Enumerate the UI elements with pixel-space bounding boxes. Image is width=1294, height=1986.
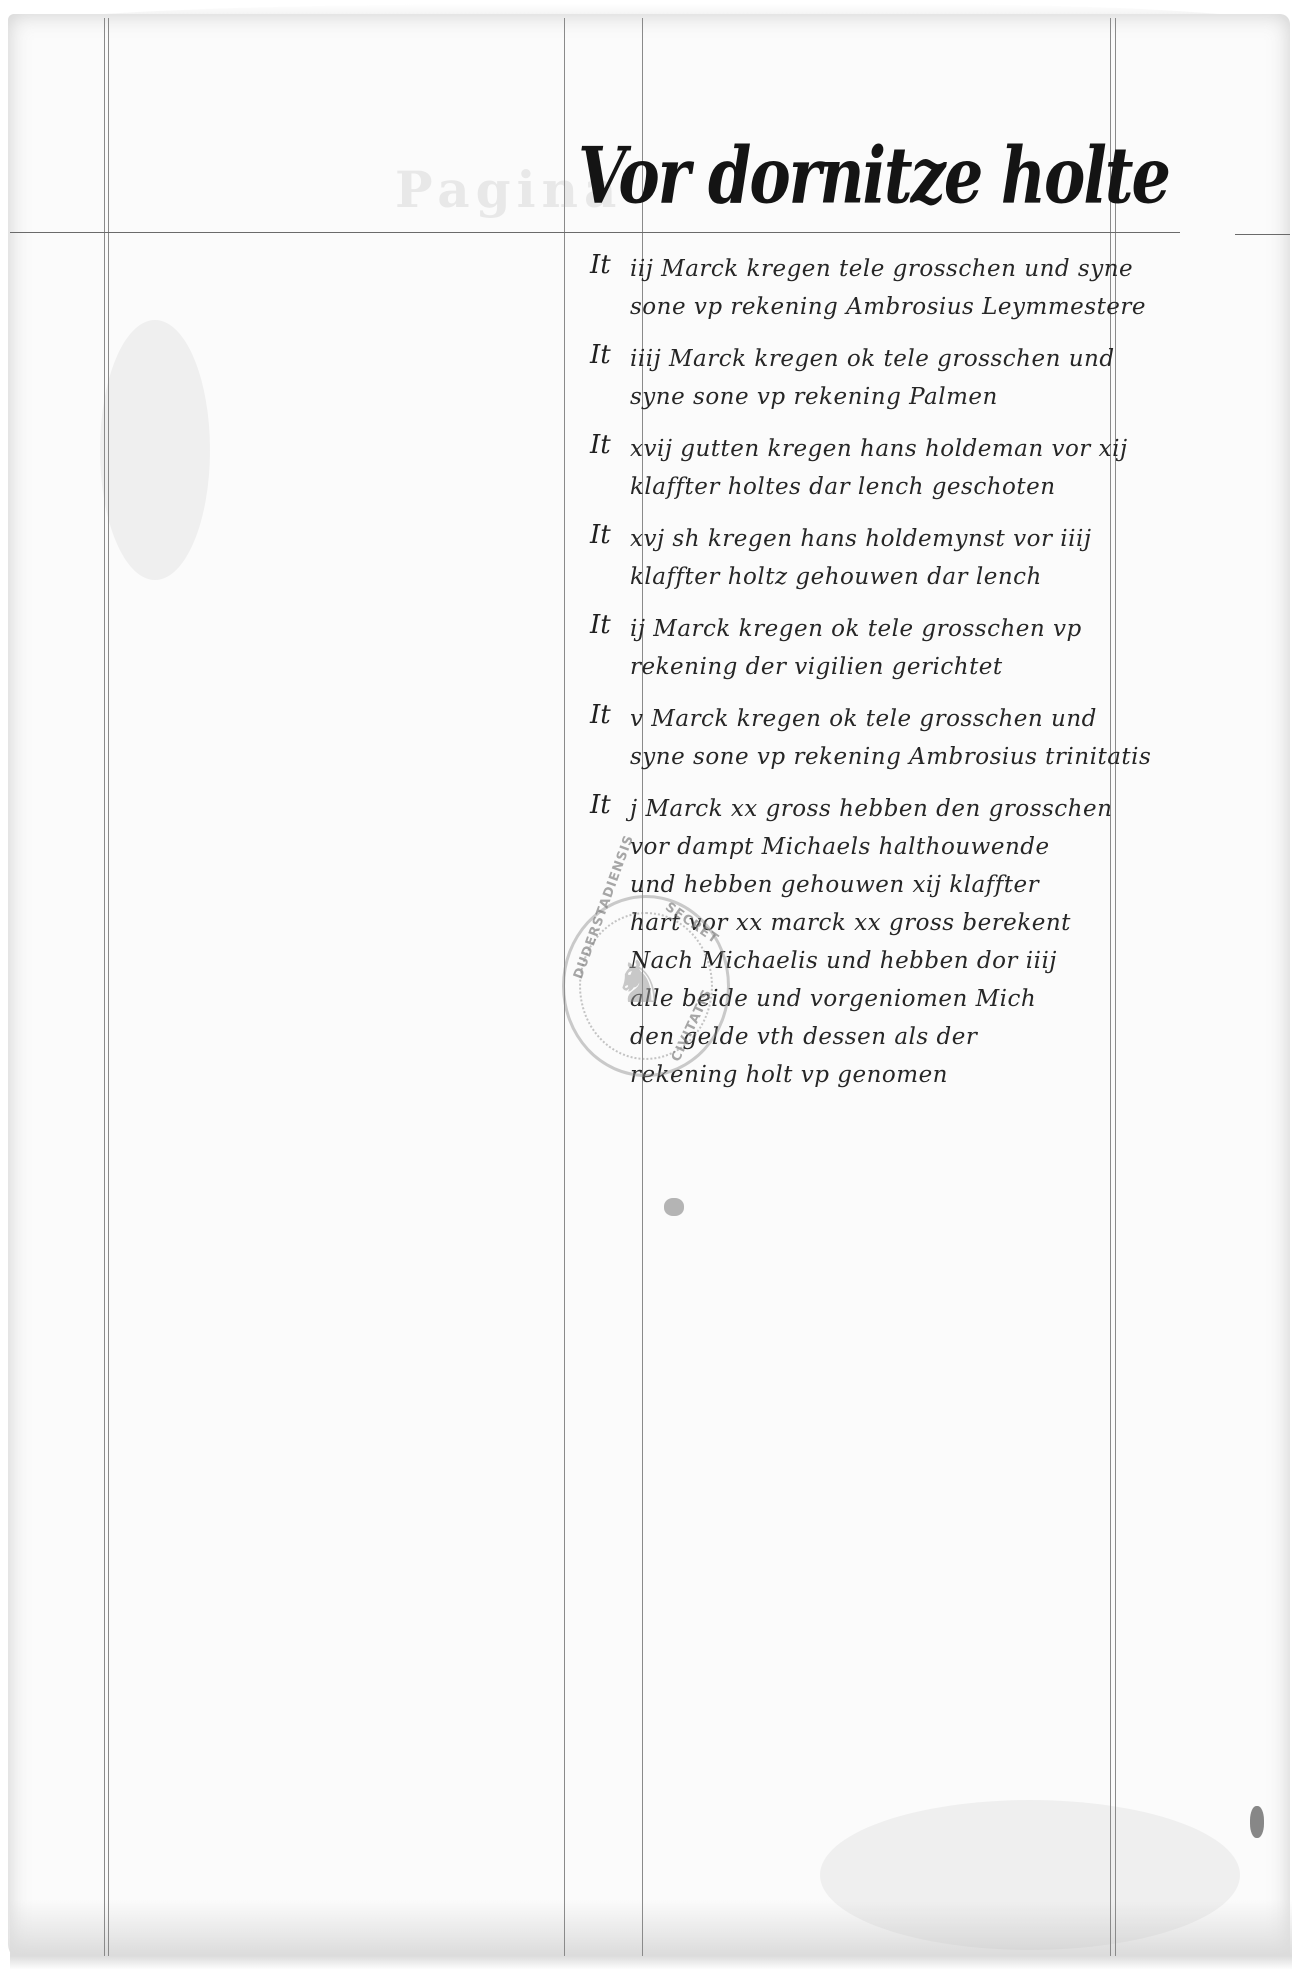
entry-line: klaffter holtz gehouwen dar lench [592,558,1152,596]
item-marker: It [590,340,611,370]
archive-seal-stamp: DUDERSTADIENSIS SECRET CIVITATIS ♞ [562,895,730,1077]
entry-line: ij Marck kregen ok tele grosschen vp [592,610,1152,648]
page-title: Vor dornitze holte [578,130,1169,221]
entry-line: vor dampt Michaels halthouwende [592,828,1152,866]
ledger-entry: It ij Marck kregen ok tele grosschen vp … [592,610,1152,686]
entry-line: und hebben gehouwen xij klaffter [592,866,1152,904]
item-marker: It [590,700,611,730]
header-rule-fragment [1235,234,1290,235]
item-marker: It [590,790,611,820]
entry-line: j Marck xx gross hebben den grosschen [592,790,1152,828]
entry-line: iij Marck kregen tele grosschen und syne [592,250,1152,288]
entry-line: iiij Marck kregen ok tele grosschen und [592,340,1152,378]
margin-rule-left [104,18,105,1956]
entry-line: v Marck kregen ok tele grosschen und [592,700,1152,738]
entry-line: sone vp rekening Ambrosius Leymmestere [592,288,1152,326]
item-marker: It [590,610,611,640]
entry-line: klaffter holtes dar lench geschoten [592,468,1152,506]
item-marker: It [590,250,611,280]
ledger-entry: It xvj sh kregen hans holdemynst vor iii… [592,520,1152,596]
item-marker: It [590,430,611,460]
margin-rule-left-inner [108,18,109,1956]
ledger-entry: It iij Marck kregen tele grosschen und s… [592,250,1152,326]
water-stain [820,1800,1240,1950]
ink-blot [1250,1806,1264,1838]
water-stain [100,320,210,580]
entry-line: rekening der vigilien gerichtet [592,648,1152,686]
item-marker: It [590,520,611,550]
ledger-entry: It v Marck kregen ok tele grosschen und … [592,700,1152,776]
ledger-entry: It iiij Marck kregen ok tele grosschen u… [592,340,1152,416]
entry-line: xvij gutten kregen hans holdeman vor xij [592,430,1152,468]
header-rule [10,232,1180,233]
entry-line: xvj sh kregen hans holdemynst vor iiij [592,520,1152,558]
entry-line: syne sone vp rekening Palmen [592,378,1152,416]
ledger-entry: It xvij gutten kregen hans holdeman vor … [592,430,1152,506]
entry-line: syne sone vp rekening Ambrosius trinitat… [592,738,1152,776]
ink-blot [664,1198,684,1216]
lion-rampant-icon: ♞ [613,948,665,1016]
